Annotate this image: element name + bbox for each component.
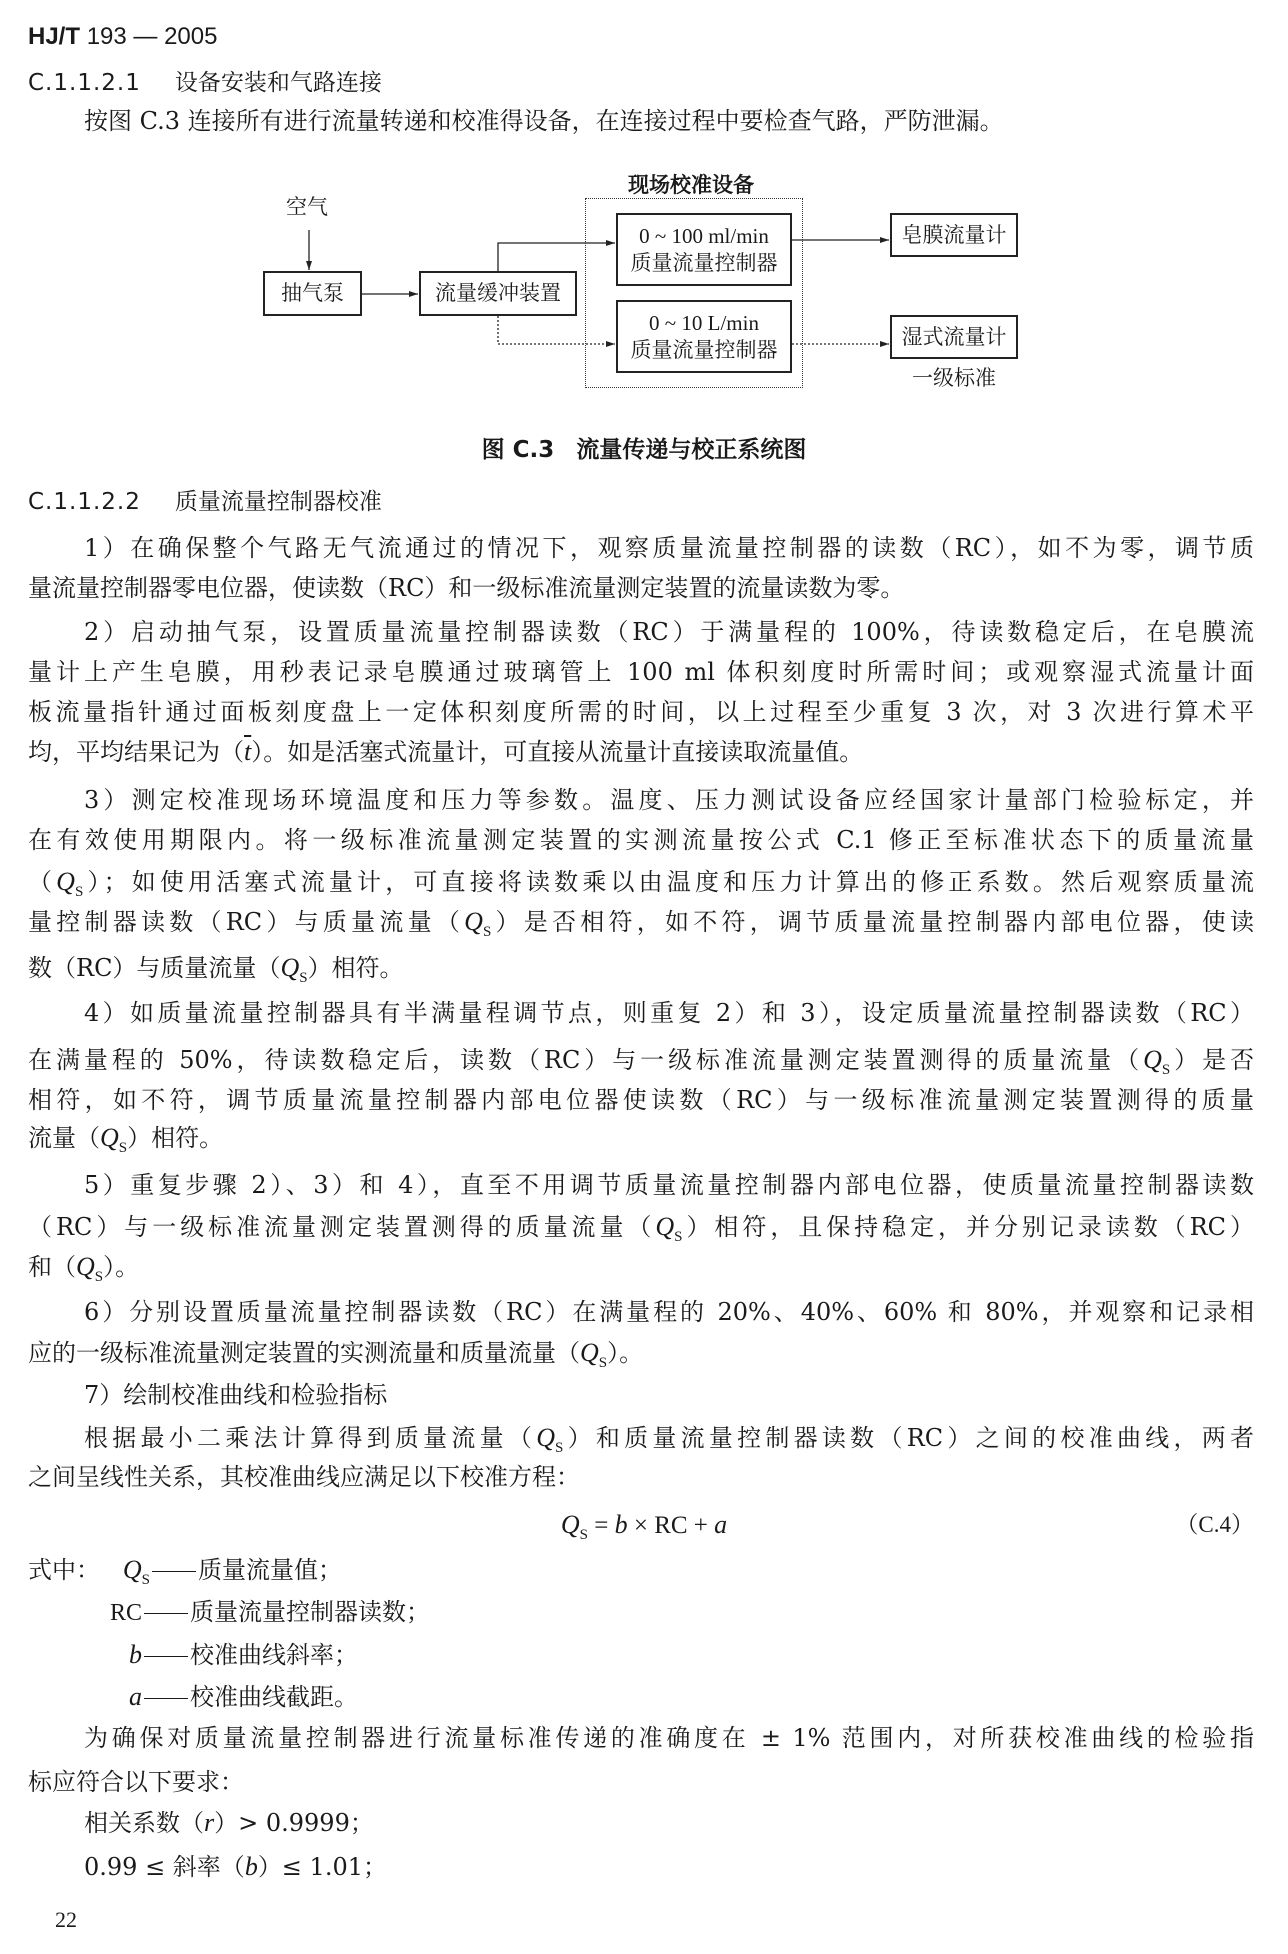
wet-meter-box: 湿式流量计 xyxy=(890,315,1018,359)
qs-symbol: QS xyxy=(100,1123,127,1152)
section-code: C.1.1.2.2 xyxy=(28,489,141,515)
def-desc: 质量流量值； xyxy=(198,1556,342,1584)
requirement-correlation: 相关系数（r）> 0.9999； xyxy=(84,1808,374,1838)
pump-box: 抽气泵 xyxy=(263,271,362,316)
qs-symbol: QS xyxy=(123,1555,150,1584)
buffer-box: 流量缓冲装置 xyxy=(419,271,577,316)
text: 数（RC）与质量流量（ xyxy=(28,954,280,982)
step-1-line-1: 1）在确保整个气路无气流通过的情况下，观察质量流量控制器的读数（RC），如不为零… xyxy=(84,533,1254,563)
section-code: C.1.1.2.1 xyxy=(28,70,141,96)
standard-header: HJ/T 193 — 2005 xyxy=(28,22,217,52)
mfc-100ml-label: 质量流量控制器 xyxy=(631,250,778,277)
text: ）。 xyxy=(607,1339,643,1367)
def-term: b xyxy=(28,1640,142,1670)
flow-system-diagram: 空气 抽气泵 流量缓冲装置 现场校准设备 0 ~ 100 ml/min 质量流量… xyxy=(0,0,1288,400)
step-4-line-2: 在满量程的 50%，待读数稳定后，读数（RC）与一级标准流量测定装置测得的质量流… xyxy=(28,1045,1254,1075)
text: 根据最小二乘法计算得到质量流量（ xyxy=(84,1424,536,1452)
where-def-rc: RC质量流量控制器读数； xyxy=(28,1597,430,1627)
slope-symbol: b xyxy=(615,1510,628,1539)
plus: + xyxy=(688,1512,715,1539)
text: ）> 0.9999； xyxy=(214,1809,374,1837)
section-heading-c11222: C.1.1.2.2质量流量控制器校准 xyxy=(28,487,382,517)
def-term: RC xyxy=(28,1598,142,1628)
qs-symbol: QS xyxy=(655,1212,682,1241)
def-desc: 校准曲线斜率； xyxy=(190,1641,358,1669)
text: ）是否相符，如不符，调节质量流量控制器内部电位器，使读 xyxy=(491,908,1254,936)
mfc-100ml-box: 0 ~ 100 ml/min 质量流量控制器 xyxy=(616,213,792,286)
em-dash xyxy=(144,1656,188,1657)
where-def-a: a校准曲线截距。 xyxy=(28,1682,358,1712)
text: （ xyxy=(28,868,56,896)
step-1-line-2: 量流量控制器零电位器，使读数（RC）和一级标准流量测定装置的流量读数为零。 xyxy=(28,573,904,603)
mfc-10l-box: 0 ~ 10 L/min 质量流量控制器 xyxy=(616,300,792,373)
equation-number: （C.4） xyxy=(1150,1510,1254,1540)
step-3-line-2: 在有效使用期限内。将一级标准流量测定装置的实测流量按公式 C.1 修正至标准状态… xyxy=(28,825,1254,855)
intercept-symbol: a xyxy=(714,1510,727,1539)
mfc-10l-label: 质量流量控制器 xyxy=(631,337,778,364)
step-4-line-1: 4）如质量流量控制器具有半满量程调节点，则重复 2）和 3），设定质量流量控制器… xyxy=(84,998,1254,1028)
step-4-line-4: 流量（QS）相符。 xyxy=(28,1123,223,1153)
mfc-10l-range: 0 ~ 10 L/min xyxy=(649,310,759,337)
step-3-line-5: 数（RC）与质量流量（QS）相符。 xyxy=(28,953,404,983)
section-title: 设备安装和气路连接 xyxy=(175,70,382,96)
text: 量控制器读数（RC）与质量流量（ xyxy=(28,908,464,936)
step-5-line-3: 和（QS）。 xyxy=(28,1252,139,1282)
figure-title: 流量传递与校正系统图 xyxy=(576,437,806,463)
qs-symbol: QS xyxy=(280,953,307,982)
text: ）相符。 xyxy=(308,954,404,982)
def-desc: 校准曲线截距。 xyxy=(190,1683,358,1711)
qs-symbol: QS xyxy=(464,907,491,936)
text: ）。 xyxy=(103,1253,139,1281)
step-3-line-3: （QS）；如使用活塞式流量计，可直接将读数乘以由温度和压力计算出的修正系数。然后… xyxy=(28,867,1254,897)
wet-meter-label: 湿式流量计 xyxy=(902,324,1007,351)
equals: = xyxy=(588,1512,615,1539)
step-2-line-4: 均，平均结果记为（t）。如是活塞式流量计，可直接从流量计直接读取流量值。 xyxy=(28,737,863,767)
step-6-line-2: 应的一级标准流量测定装置的实测流量和质量流量（QS）。 xyxy=(28,1338,643,1368)
qs-symbol: QS xyxy=(561,1510,588,1539)
text: ）；如使用活塞式流量计，可直接将读数乘以由温度和压力计算出的修正系数。然后观察质… xyxy=(83,868,1254,896)
where-def-b: b校准曲线斜率； xyxy=(28,1640,358,1670)
em-dash xyxy=(144,1613,188,1614)
text: ）相符。 xyxy=(127,1124,223,1152)
qs-symbol: QS xyxy=(76,1252,103,1281)
figure-caption: 图 C.3流量传递与校正系统图 xyxy=(0,435,1288,465)
buffer-label: 流量缓冲装置 xyxy=(435,280,561,307)
text: ）。如是活塞式流量计，可直接从流量计直接读取流量值。 xyxy=(251,738,863,766)
onsite-equipment-label: 现场校准设备 xyxy=(628,172,754,198)
text: 相关系数（ xyxy=(84,1809,204,1837)
text: ）是否 xyxy=(1170,1046,1254,1074)
soap-film-meter-label: 皂膜流量计 xyxy=(902,222,1007,249)
b-symbol: b xyxy=(245,1852,258,1881)
def-term: a xyxy=(28,1682,142,1712)
step-7-para-line-2: 之间呈线性关系，其校准曲线应满足以下校准方程： xyxy=(28,1462,580,1492)
text: ）≤ 1.01； xyxy=(258,1853,387,1881)
step-2-line-1: 2）启动抽气泵，设置质量流量控制器读数（RC）于满量程的 100%，待读数稳定后… xyxy=(84,617,1254,647)
section-heading-c11221: C.1.1.2.1设备安装和气路连接 xyxy=(28,68,382,98)
step-4-line-3: 相符，如不符，调节质量流量控制器内部电位器使读数（RC）与一级标准流量测定装置测… xyxy=(28,1085,1254,1115)
text: 0.99 ≤ 斜率（ xyxy=(84,1853,245,1881)
text: 均，平均结果记为（ xyxy=(28,738,244,766)
step-5-line-2: （RC）与一级标准流量测定装置测得的质量流量（QS）相符，且保持稳定，并分别记录… xyxy=(28,1212,1254,1242)
qs-symbol: QS xyxy=(536,1423,563,1452)
standard-number: 193 — 2005 xyxy=(87,23,218,50)
text: ）相符，且保持稳定，并分别记录读数（RC） xyxy=(683,1213,1254,1241)
step-5-line-1: 5）重复步骤 2）、3）和 4），直至不用调节质量流量控制器内部电位器，使质量流… xyxy=(84,1170,1254,1200)
mfc-100ml-range: 0 ~ 100 ml/min xyxy=(639,223,769,250)
text: （RC）与一级标准流量测定装置测得的质量流量（ xyxy=(28,1213,655,1241)
text: ）和质量流量控制器读数（RC）之间的校准曲线，两者 xyxy=(563,1424,1254,1452)
step-2-line-2: 量计上产生皂膜，用秒表记录皂膜通过玻璃管上 100 ml 体积刻度时所需时间；或… xyxy=(28,657,1254,687)
step-3-line-4: 量控制器读数（RC）与质量流量（QS）是否相符，如不符，调节质量流量控制器内部电… xyxy=(28,907,1254,937)
step-2-line-3: 板流量指针通过面板刻度盘上一定体积刻度所需的时间，以上过程至少重复 3 次，对 … xyxy=(28,697,1254,727)
page-number: 22 xyxy=(55,1905,77,1935)
primary-standard-label: 一级标准 xyxy=(912,365,996,391)
qs-symbol: QS xyxy=(1143,1045,1170,1074)
step-7-para-line-1: 根据最小二乘法计算得到质量流量（QS）和质量流量控制器读数（RC）之间的校准曲线… xyxy=(84,1423,1254,1453)
text: 应的一级标准流量测定装置的实测流量和质量流量（ xyxy=(28,1339,580,1367)
standard-prefix: HJ/T xyxy=(28,23,80,50)
step-6-line-1: 6）分别设置质量流量控制器读数（RC）在满量程的 20%、40%、60% 和 8… xyxy=(84,1297,1254,1327)
step-7-title: 7）绘制校准曲线和检验指标 xyxy=(84,1380,387,1410)
calibration-equation: QS = b × RC + a xyxy=(0,1510,1288,1540)
where-def-qs: 式中：QS质量流量值； xyxy=(28,1555,342,1585)
step-3-line-1: 3）测定校准现场环境温度和压力等参数。温度、压力测试设备应经国家计量部门检验标定… xyxy=(84,785,1254,815)
requirement-slope: 0.99 ≤ 斜率（b）≤ 1.01； xyxy=(84,1852,387,1882)
r-symbol: r xyxy=(204,1808,214,1837)
air-label: 空气 xyxy=(286,194,328,220)
figure-number: 图 C.3 xyxy=(482,437,555,463)
em-dash xyxy=(152,1571,196,1572)
def-desc: 质量流量控制器读数； xyxy=(190,1598,430,1626)
text: 在满量程的 50%，待读数稳定后，读数（RC）与一级标准流量测定装置测得的质量流… xyxy=(28,1046,1143,1074)
times: × xyxy=(628,1512,655,1539)
section-body: 按图 C.3 连接所有进行流量转递和校准得设备，在连接过程中要检查气路，严防泄漏… xyxy=(84,106,1004,136)
where-prefix: 式中： xyxy=(28,1556,100,1584)
pump-label: 抽气泵 xyxy=(281,280,344,307)
soap-film-meter-box: 皂膜流量计 xyxy=(890,213,1018,257)
requirements-intro-line-1: 为确保对质量流量控制器进行流量标准传递的准确度在 ± 1% 范围内，对所获校准曲… xyxy=(84,1723,1254,1753)
rc-symbol: RC xyxy=(654,1512,687,1539)
section-title: 质量流量控制器校准 xyxy=(175,489,382,515)
text: 流量（ xyxy=(28,1124,100,1152)
text: 和（ xyxy=(28,1253,76,1281)
em-dash xyxy=(144,1698,188,1699)
qs-symbol: QS xyxy=(580,1338,607,1367)
qs-symbol: QS xyxy=(56,867,83,896)
requirements-intro-line-2: 标应符合以下要求： xyxy=(28,1767,244,1797)
